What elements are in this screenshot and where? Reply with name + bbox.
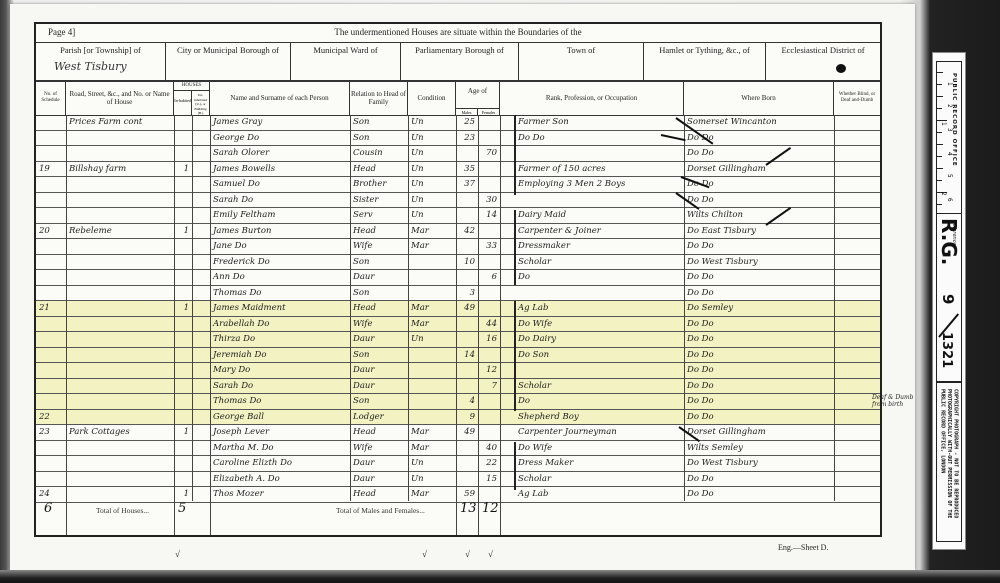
male-age: 49	[456, 301, 478, 316]
boundaries-row: Parish [or Township] of West Tisbury Cit…	[36, 42, 880, 82]
relation: Head	[350, 224, 408, 239]
house-name	[66, 131, 174, 146]
inhabited-count	[174, 255, 192, 270]
ditto-bracket	[514, 301, 516, 411]
inhabited-count	[174, 379, 192, 394]
relation: Daur	[350, 363, 408, 378]
house-name: Rebeleme	[66, 224, 174, 239]
relation: Son	[350, 115, 408, 130]
grid-line	[350, 115, 351, 501]
inhabited-count: 1	[174, 224, 192, 239]
male-age: 10	[456, 255, 478, 270]
relation: Sister	[350, 193, 408, 208]
where-born: Do Semley	[684, 301, 834, 316]
house-name	[66, 208, 174, 223]
schedule-number	[36, 472, 66, 487]
house-name	[66, 441, 174, 456]
male-age	[456, 146, 478, 161]
male-age	[456, 472, 478, 487]
total-houses-label: Total of Houses...	[96, 506, 149, 515]
inhabited-count	[174, 115, 192, 130]
checkmark: √	[488, 549, 493, 559]
house-name	[66, 410, 174, 425]
ruler-inch: 1	[940, 122, 947, 126]
boundary-city: City or Municipal Borough of	[166, 42, 291, 80]
ditto-bracket	[514, 115, 516, 195]
form-title-row: Page 4] The undermentioned Houses are si…	[36, 24, 880, 43]
inhabited-count	[174, 348, 192, 363]
female-age: 15	[478, 472, 500, 487]
occupation: Carpenter & Joiner	[500, 224, 684, 239]
census-row: Frederick DoSon10ScholarDo West Tisbury	[36, 255, 880, 271]
census-row: Emily FelthamServUn14Dairy MaidWilts Chi…	[36, 208, 880, 224]
schedule-number: 24	[36, 487, 66, 502]
occupation: Carpenter Journeyman	[500, 425, 684, 440]
occupation: Scholar	[500, 472, 684, 487]
occupation: Dressmaker	[500, 239, 684, 254]
schedule-number	[36, 177, 66, 192]
female-age: 7	[478, 379, 500, 394]
condition: Mar	[408, 301, 456, 316]
census-row: Mary DoDaur12Do Do	[36, 363, 880, 379]
female-age	[478, 394, 500, 409]
col-where-born: Where Born	[684, 81, 834, 115]
schedule-number	[36, 363, 66, 378]
deaf-dumb-note: Deaf & Dumb from birth	[872, 394, 916, 408]
condition	[408, 363, 456, 378]
col-schedule: No. of Schedule	[36, 81, 66, 115]
condition: Un	[408, 131, 456, 146]
schedule-number: 22	[36, 410, 66, 425]
inhabited-count	[174, 239, 192, 254]
schedule-number	[36, 348, 66, 363]
inhabited-count	[174, 146, 192, 161]
female-age: 22	[478, 456, 500, 471]
person-name: Thos Mozer	[210, 487, 350, 502]
total-females: 12	[482, 501, 499, 516]
relation: Wife	[350, 441, 408, 456]
occupation: Dairy Maid	[500, 208, 684, 223]
census-row: 211James MaidmentHeadMar49Ag LabDo Semle…	[36, 301, 880, 317]
where-born: Do Do	[684, 270, 834, 285]
male-age	[456, 208, 478, 223]
occupation: Ag Lab	[500, 487, 684, 502]
female-age: 70	[478, 146, 500, 161]
grid-line	[500, 115, 501, 535]
person-name: Sarah Olorer	[210, 146, 350, 161]
ruler-inch: 2	[940, 192, 947, 196]
female-age	[478, 224, 500, 239]
ruler-tick	[937, 156, 942, 157]
col-inhabited: In-habited	[174, 90, 192, 115]
male-age	[456, 270, 478, 285]
house-name	[66, 146, 174, 161]
house-name	[66, 270, 174, 285]
grid-line	[408, 115, 409, 501]
census-row: Sarah DoDaur7ScholarDo Do	[36, 379, 880, 395]
house-name	[66, 472, 174, 487]
person-name: George Ball	[210, 410, 350, 425]
male-age: 3	[456, 286, 478, 301]
relation: Head	[350, 487, 408, 502]
where-born: Do West Tisbury	[684, 255, 834, 270]
col-uninhabited: Un-inhabited (U.), or Building (B.)	[192, 90, 210, 115]
ruler-tick	[937, 120, 947, 121]
condition	[408, 394, 456, 409]
census-row: Jane DoWifeMar33DressmakerDo Do	[36, 239, 880, 255]
house-name	[66, 394, 174, 409]
where-born: Do Do	[684, 379, 834, 394]
schedule-number	[36, 270, 66, 285]
col-males: Males	[456, 108, 478, 115]
person-name: Thomas Do	[210, 394, 350, 409]
inhabited-count	[174, 131, 192, 146]
schedule-number	[36, 208, 66, 223]
col-condition: Condition	[408, 81, 456, 115]
inhabited-count	[174, 317, 192, 332]
reference-piece: 9	[939, 294, 957, 304]
total-houses-value: 5	[178, 501, 186, 516]
person-name: George Do	[210, 131, 350, 146]
male-age	[456, 239, 478, 254]
scan-edge	[0, 570, 1000, 583]
ruler-number: 5	[946, 174, 953, 178]
archive-reference-strip: 1 2 3 4 5 6 1 2 PUBLIC RECORD OFFICE Ref…	[932, 52, 966, 550]
person-name: Mary Do	[210, 363, 350, 378]
relation: Head	[350, 301, 408, 316]
census-row: Ann DoDaur6DoDo Do	[36, 270, 880, 286]
boundary-parliamentary: Parliamentary Borough of	[401, 42, 519, 80]
where-born: Dorset Gillingham	[684, 425, 834, 440]
inhabited-count	[174, 456, 192, 471]
condition	[408, 255, 456, 270]
occupation: Shepherd Boy	[500, 410, 684, 425]
relation: Son	[350, 131, 408, 146]
occupation: Do Wife	[500, 317, 684, 332]
inhabited-count	[174, 332, 192, 347]
occupation: Scholar	[500, 255, 684, 270]
schedule-number	[36, 255, 66, 270]
person-name: Thirza Do	[210, 332, 350, 347]
condition: Mar	[408, 239, 456, 254]
census-row: Samuel DoBrotherUn37Employing 3 Men 2 Bo…	[36, 177, 880, 193]
condition: Un	[408, 472, 456, 487]
inhabited-count	[174, 472, 192, 487]
occupation: Do Dairy	[500, 332, 684, 347]
male-age	[456, 332, 478, 347]
person-name: Caroline Elizth Do	[210, 456, 350, 471]
house-name	[66, 301, 174, 316]
relation: Head	[350, 162, 408, 177]
occupation: Do	[500, 394, 684, 409]
inhabited-count	[174, 286, 192, 301]
house-name	[66, 317, 174, 332]
person-name: Jane Do	[210, 239, 350, 254]
ruler-tick	[937, 72, 943, 73]
house-name	[66, 193, 174, 208]
house-name	[66, 255, 174, 270]
column-headers: No. of Schedule Road, Street, &c., and N…	[36, 81, 880, 116]
where-born: Do Do	[684, 239, 834, 254]
female-age: 40	[478, 441, 500, 456]
person-name: Sarah Do	[210, 193, 350, 208]
schedule-number	[36, 317, 66, 332]
where-born: Do Do	[684, 363, 834, 378]
person-name: Samuel Do	[210, 177, 350, 192]
where-born: Do Do	[684, 286, 834, 301]
relation: Brother	[350, 177, 408, 192]
col-relation: Relation to Head of Family	[350, 81, 408, 115]
col-blind-deaf: Whether Blind, or Deaf and-Dumb	[834, 81, 880, 115]
female-age	[478, 131, 500, 146]
female-age	[478, 286, 500, 301]
ruler-tick	[937, 132, 942, 133]
inhabited-count	[174, 441, 192, 456]
where-born: Do Do	[684, 394, 834, 409]
schedule-number: 21	[36, 301, 66, 316]
census-row: 23Park Cottages1Joseph LeverHeadMar49Car…	[36, 425, 880, 441]
person-name: James Gray	[210, 115, 350, 130]
condition: Mar	[408, 317, 456, 332]
inhabited-count	[174, 177, 192, 192]
person-name: Elizabeth A. Do	[210, 472, 350, 487]
col-females: Females	[478, 108, 500, 115]
relation: Daur	[350, 379, 408, 394]
reference-number: 1321	[939, 332, 954, 368]
person-name: Ann Do	[210, 270, 350, 285]
condition: Un	[408, 177, 456, 192]
person-name: Frederick Do	[210, 255, 350, 270]
ruler-tick	[937, 144, 943, 145]
female-age	[478, 410, 500, 425]
condition: Mar	[408, 425, 456, 440]
where-born: Do West Tisbury	[684, 456, 834, 471]
boundary-town: Town of	[519, 42, 644, 80]
census-form: Page 4] The undermentioned Houses are si…	[34, 22, 882, 537]
condition: Un	[408, 115, 456, 130]
where-born: Do East Tisbury	[684, 224, 834, 239]
male-age: 42	[456, 224, 478, 239]
scale-ruler: 1 2 3 4 5 6 1 2	[936, 61, 962, 214]
ruler-tick	[937, 108, 942, 109]
total-persons-label: Total of Males and Females...	[336, 506, 425, 515]
grid-line	[192, 115, 193, 501]
schedule-number	[36, 239, 66, 254]
copyright-notice: COPYRIGHT PHOTOGRAPH - NOT TO BE REPRODU…	[939, 389, 959, 537]
inhabited-count	[174, 410, 192, 425]
ruler-tick	[937, 180, 942, 181]
inhabited-count	[174, 193, 192, 208]
male-age: 37	[456, 177, 478, 192]
ruler-tick	[937, 168, 943, 169]
census-row: Jeremiah DoSon14Do SonDo Do	[36, 348, 880, 364]
boundary-ecclesiastical: Ecclesiastical District of	[766, 42, 880, 80]
census-row: 22George BallLodger9Shepherd BoyDo Do	[36, 410, 880, 426]
relation: Daur	[350, 332, 408, 347]
boundary-ward: Municipal Ward of	[291, 42, 401, 80]
condition: Mar	[408, 441, 456, 456]
where-born: Do Do	[684, 472, 834, 487]
occupation	[500, 286, 684, 301]
house-name	[66, 177, 174, 192]
totals-row: 6 Total of Houses... 5 Total of Males an…	[36, 501, 880, 535]
schedule-number	[36, 146, 66, 161]
where-born: Do Do	[684, 410, 834, 425]
female-age: 12	[478, 363, 500, 378]
person-name: Thomas Do	[210, 286, 350, 301]
col-road: Road, Street, &c., and No. or Name of Ho…	[66, 81, 174, 115]
reference-box: Reference:- R.G. 9 1321	[936, 214, 962, 382]
condition: Mar	[408, 487, 456, 502]
inhabited-count	[174, 394, 192, 409]
total-schedules: 6	[44, 501, 52, 516]
where-born: Do Do	[684, 348, 834, 363]
condition	[408, 286, 456, 301]
occupation: Employing 3 Men 2 Boys	[500, 177, 684, 192]
condition	[408, 410, 456, 425]
sheet-label: Eng.—Sheet D.	[778, 543, 828, 552]
house-name: Park Cottages	[66, 425, 174, 440]
parish-value: West Tisbury	[54, 62, 127, 72]
female-age: 14	[478, 208, 500, 223]
person-name: Joseph Lever	[210, 425, 350, 440]
female-age	[478, 177, 500, 192]
ruler-tick	[937, 84, 942, 85]
house-name: Billshay farm	[66, 162, 174, 177]
census-row: Thomas DoSon3Do Do	[36, 286, 880, 302]
house-name	[66, 286, 174, 301]
house-name	[66, 239, 174, 254]
col-name: Name and Surname of each Person	[210, 81, 350, 115]
house-name	[66, 487, 174, 502]
census-row: Caroline Elizth DoDaurUn22Dress MakerDo …	[36, 456, 880, 472]
schedule-number: 23	[36, 425, 66, 440]
inhabited-count: 1	[174, 301, 192, 316]
where-born: Do Do	[684, 332, 834, 347]
relation: Wife	[350, 239, 408, 254]
census-row: 20Rebeleme1James BurtonHeadMar42Carpente…	[36, 224, 880, 240]
person-name: Martha M. Do	[210, 441, 350, 456]
male-age: 14	[456, 348, 478, 363]
inhabited-count: 1	[174, 425, 192, 440]
relation: Son	[350, 348, 408, 363]
total-males: 13	[460, 501, 477, 516]
female-age	[478, 301, 500, 316]
relation: Daur	[350, 270, 408, 285]
schedule-number	[36, 131, 66, 146]
occupation: Ag Lab	[500, 301, 684, 316]
male-age: 25	[456, 115, 478, 130]
condition: Un	[408, 208, 456, 223]
house-name: Prices Farm cont	[66, 115, 174, 130]
ruler-tick	[937, 204, 942, 205]
schedule-number	[36, 441, 66, 456]
grid-line	[66, 115, 67, 535]
schedule-number	[36, 332, 66, 347]
occupation: Scholar	[500, 379, 684, 394]
where-born: Do Do	[684, 193, 834, 208]
col-occupation: Rank, Profession, or Occupation	[500, 81, 684, 115]
schedule-number: 19	[36, 162, 66, 177]
male-age	[456, 379, 478, 394]
male-age: 49	[456, 425, 478, 440]
where-born: Do Do	[684, 317, 834, 332]
male-age: 35	[456, 162, 478, 177]
inhabited-count: 1	[174, 162, 192, 177]
male-age: 23	[456, 131, 478, 146]
census-row: Elizabeth A. DoDaurUn15ScholarDo Do	[36, 472, 880, 488]
grid-line	[478, 115, 479, 535]
relation: Son	[350, 394, 408, 409]
relation: Cousin	[350, 146, 408, 161]
person-name: Sarah Do	[210, 379, 350, 394]
census-row: Thirza DoDaurUn16Do DairyDo Do	[36, 332, 880, 348]
male-age: 4	[456, 394, 478, 409]
occupation: Do Do	[500, 131, 684, 146]
female-age: 30	[478, 193, 500, 208]
male-age: 59	[456, 487, 478, 502]
occupation: Do Wife	[500, 441, 684, 456]
ditto-bracket	[514, 210, 516, 285]
female-age: 44	[478, 317, 500, 332]
house-name	[66, 456, 174, 471]
grid-line	[174, 115, 175, 535]
inhabited-count	[174, 208, 192, 223]
condition	[408, 348, 456, 363]
condition: Un	[408, 332, 456, 347]
female-age: 6	[478, 270, 500, 285]
checkmark: √	[175, 549, 180, 559]
female-age	[478, 255, 500, 270]
census-row: Martha M. DoWifeMar40Do WifeWilts Semley	[36, 441, 880, 457]
person-name: Jeremiah Do	[210, 348, 350, 363]
reference-series: R.G.	[937, 218, 961, 265]
relation: Daur	[350, 456, 408, 471]
condition: Un	[408, 456, 456, 471]
form-title: The undermentioned Houses are situate wi…	[36, 27, 880, 37]
male-age	[456, 456, 478, 471]
relation: Wife	[350, 317, 408, 332]
census-row: Arabellah DoWifeMar44Do WifeDo Do	[36, 317, 880, 333]
female-age	[478, 162, 500, 177]
where-born: Dorset Gillingham	[684, 162, 834, 177]
condition	[408, 379, 456, 394]
ink-blot	[836, 64, 846, 73]
female-age: 16	[478, 332, 500, 347]
house-name	[66, 332, 174, 347]
checkmark: √	[465, 549, 470, 559]
person-name: James Bowells	[210, 162, 350, 177]
occupation: Farmer Son	[500, 115, 684, 130]
census-row: Sarah DoSisterUn30Do Do	[36, 193, 880, 209]
inhabited-count	[174, 270, 192, 285]
census-row: George DoSonUn23Do DoDo Do	[36, 131, 880, 147]
condition: Mar	[408, 224, 456, 239]
schedule-number	[36, 379, 66, 394]
relation: Serv	[350, 208, 408, 223]
boundary-parish: Parish [or Township] of West Tisbury	[36, 42, 166, 80]
where-born: Wilts Chilton	[684, 208, 834, 223]
inhabited-count: 1	[174, 487, 192, 502]
occupation	[500, 363, 684, 378]
male-age: 9	[456, 410, 478, 425]
schedule-number	[36, 286, 66, 301]
female-age	[478, 487, 500, 502]
schedule-number	[36, 394, 66, 409]
public-record-office-label: PUBLIC RECORD OFFICE	[951, 73, 957, 167]
female-age	[478, 115, 500, 130]
male-age	[456, 193, 478, 208]
